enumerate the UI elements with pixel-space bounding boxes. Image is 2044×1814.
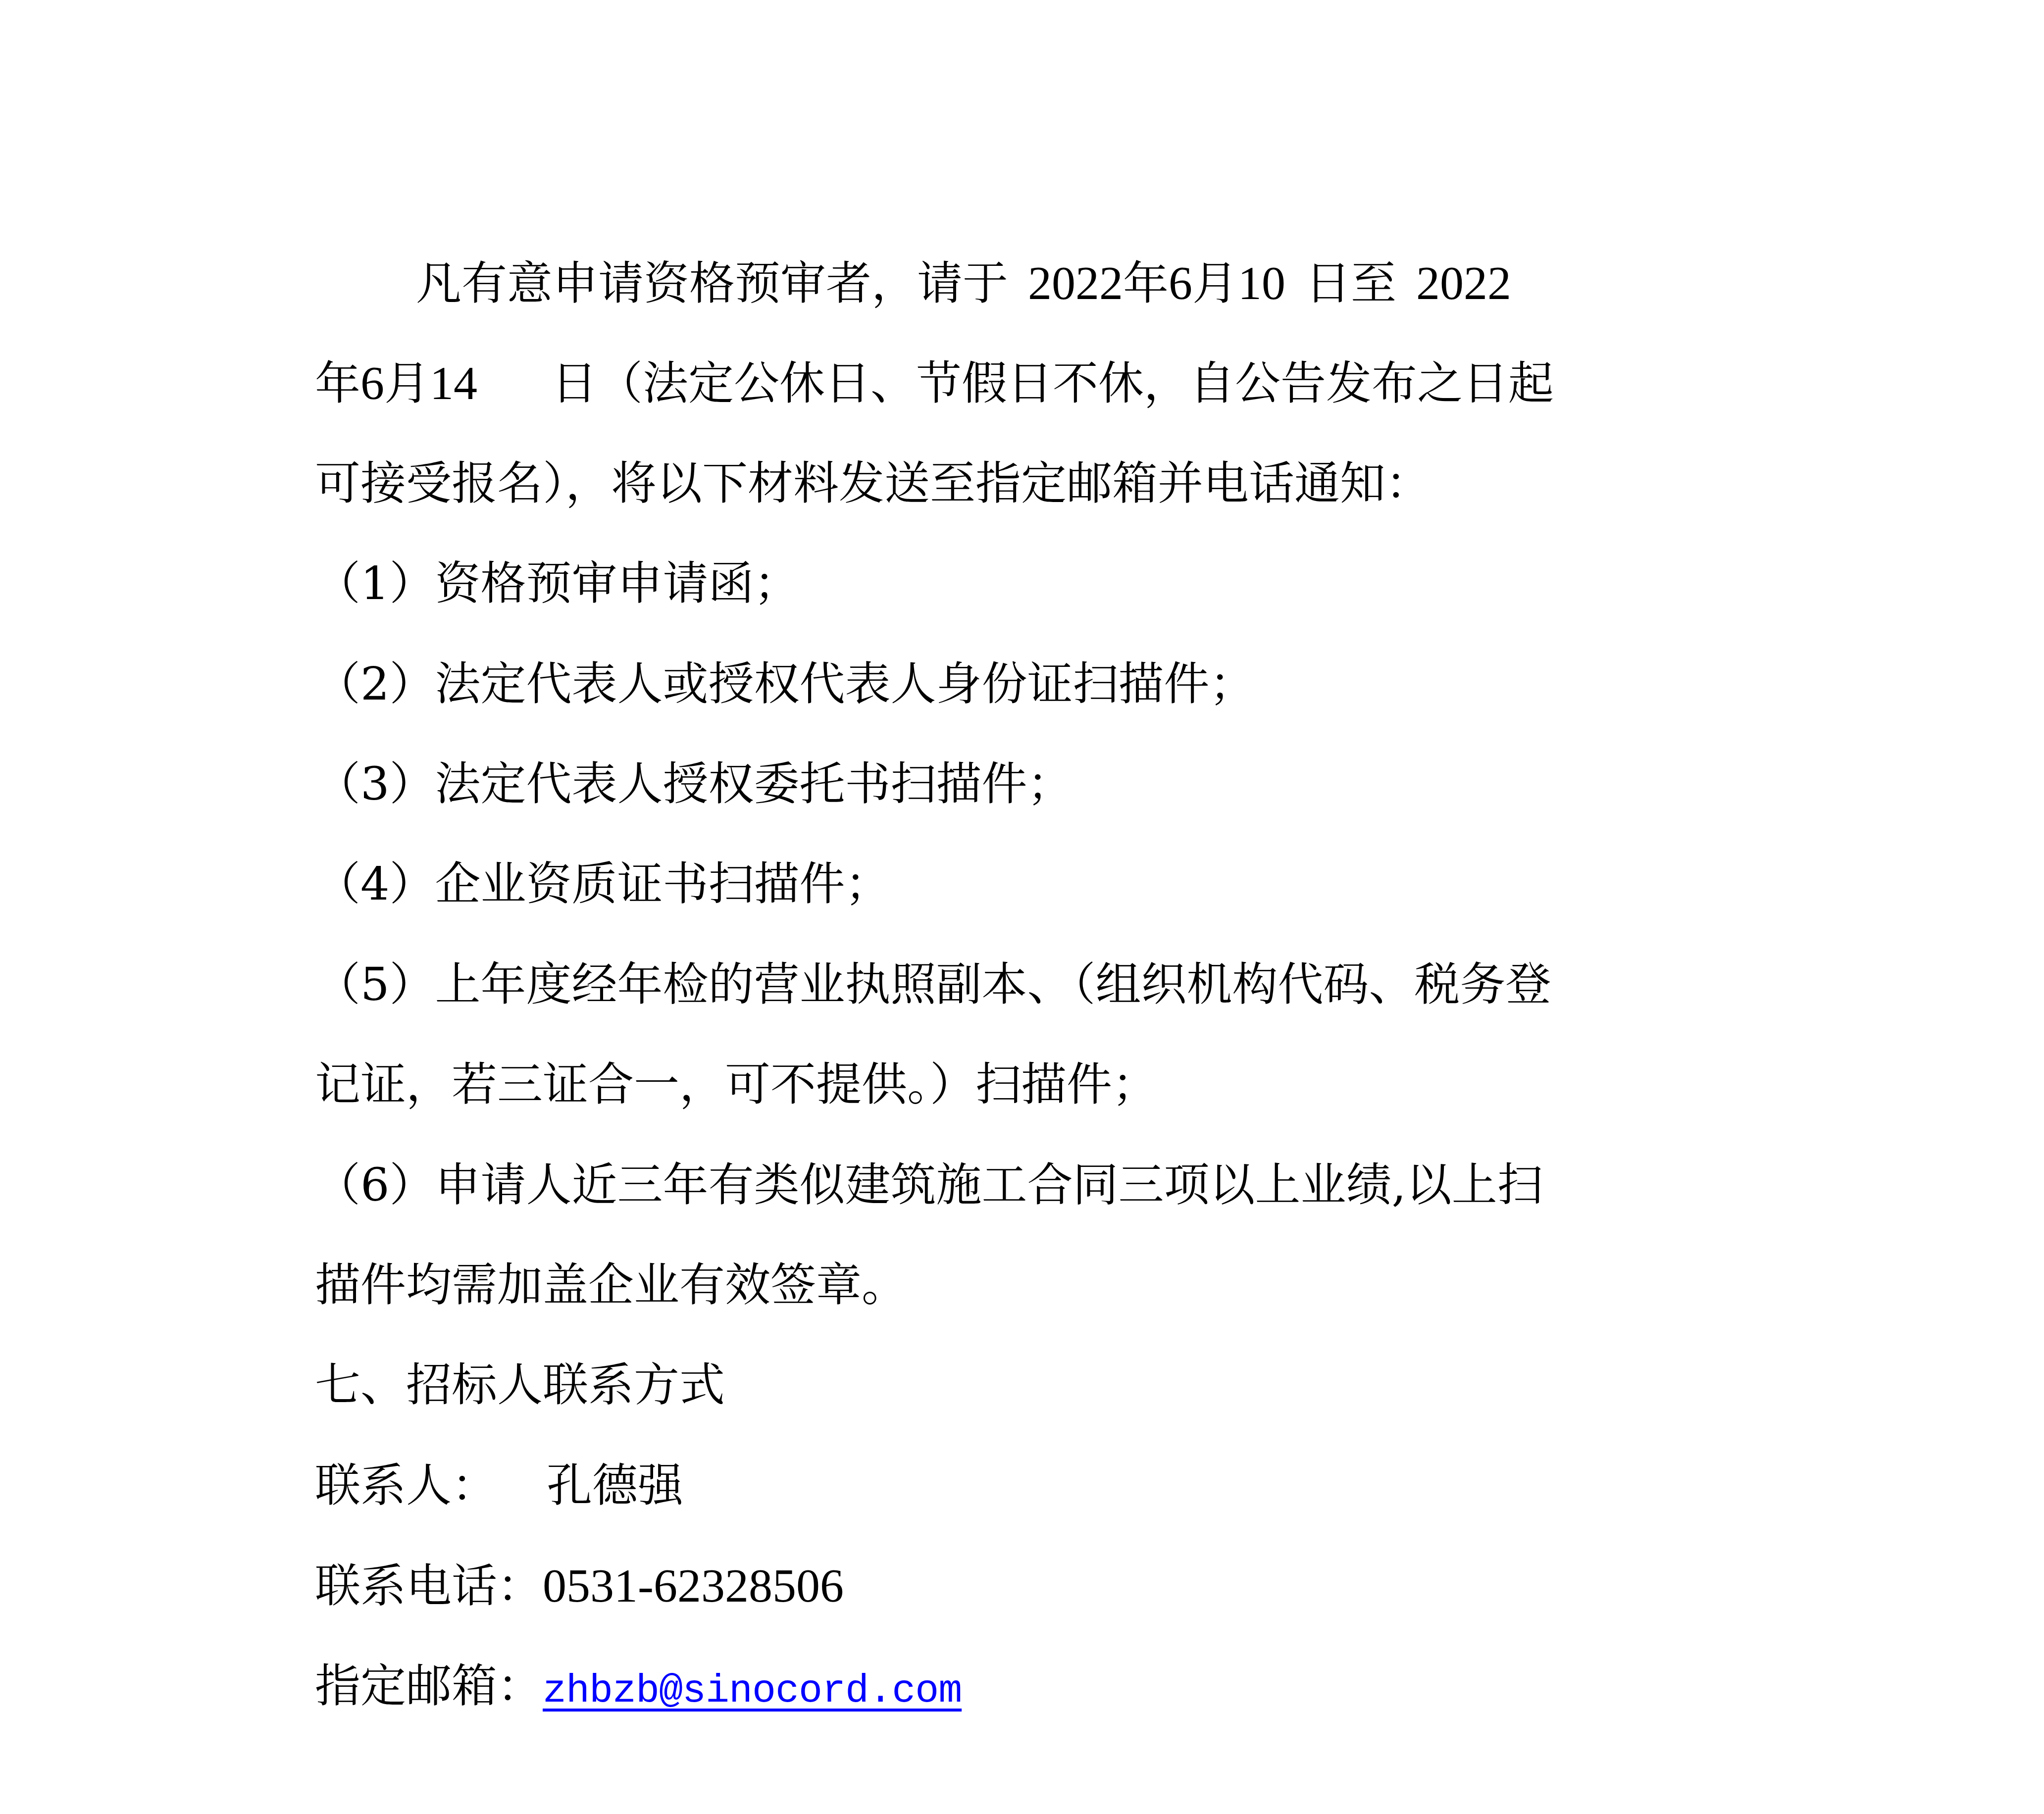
section-heading: 七、招标人联系方式 [315, 1360, 1746, 1410]
text: 年 [1123, 257, 1169, 310]
paragraph-line-2: 年6月14日（法定公休日、节假日不休，自公告发布之日起 [315, 358, 1746, 408]
month-end: 6 [360, 356, 384, 409]
contact-person-label: 联系人： [315, 1459, 497, 1512]
year-end: 2022 [1416, 256, 1511, 309]
material-item-4: （4）企业资质证书扫描件； [315, 859, 1746, 909]
paragraph-line-1: 凡有意申请资格预审者，请于2022年6月10日至2022 [416, 258, 1847, 308]
paragraph-line-3: 可接受报名），将以下材料发送至指定邮箱并电话通知： [315, 459, 1746, 508]
material-item-5: （5）上年度经年检的营业执照副本、（组织机构代码、税务登 [315, 960, 1746, 1009]
material-item-5-cont: 记证，若三证合一，可不提供。）扫描件； [315, 1060, 1746, 1109]
contact-email-link[interactable]: zhbzb@sinocord.com [543, 1669, 962, 1714]
material-item-1: （1）资格预审申请函； [315, 559, 1746, 608]
contact-person-name: 孔德强 [547, 1459, 683, 1512]
contact-email-label: 指定邮箱： [315, 1660, 543, 1713]
text: 日（法定公休日、节假日不休，自公告发布之日起 [552, 357, 1554, 410]
contact-phone-number: 0531-62328506 [543, 1559, 844, 1612]
day-start: 10 [1238, 256, 1285, 309]
month-start: 6 [1169, 256, 1192, 309]
contact-person-row: 联系人：孔德强 [315, 1461, 1746, 1511]
material-item-2: （2）法定代表人或授权代表人身份证扫描件； [315, 659, 1746, 709]
year-start: 2022 [1028, 256, 1123, 309]
text: 月 [384, 357, 430, 410]
text: 年 [315, 357, 360, 410]
contact-phone-label: 联系电话： [315, 1560, 543, 1612]
material-item-6-cont: 描件均需加盖企业有效签章。 [315, 1260, 1746, 1310]
text: 月 [1192, 257, 1238, 310]
material-item-3: （3）法定代表人授权委托书扫描件； [315, 759, 1746, 809]
document-page: 凡有意申请资格预审者，请于2022年6月10日至2022 年6月14日（法定公休… [0, 0, 2044, 1814]
day-end: 14 [430, 356, 477, 409]
material-item-6: （6）申请人近三年有类似建筑施工合同三项以上业绩,以上扫 [315, 1160, 1746, 1210]
contact-phone-row: 联系电话：0531-62328506 [315, 1561, 1746, 1611]
contact-email-row: 指定邮箱：zhbzb@sinocord.com [315, 1662, 1746, 1711]
text: 凡有意申请资格预审者，请于 [416, 257, 1008, 310]
text: 日至 [1305, 257, 1396, 310]
